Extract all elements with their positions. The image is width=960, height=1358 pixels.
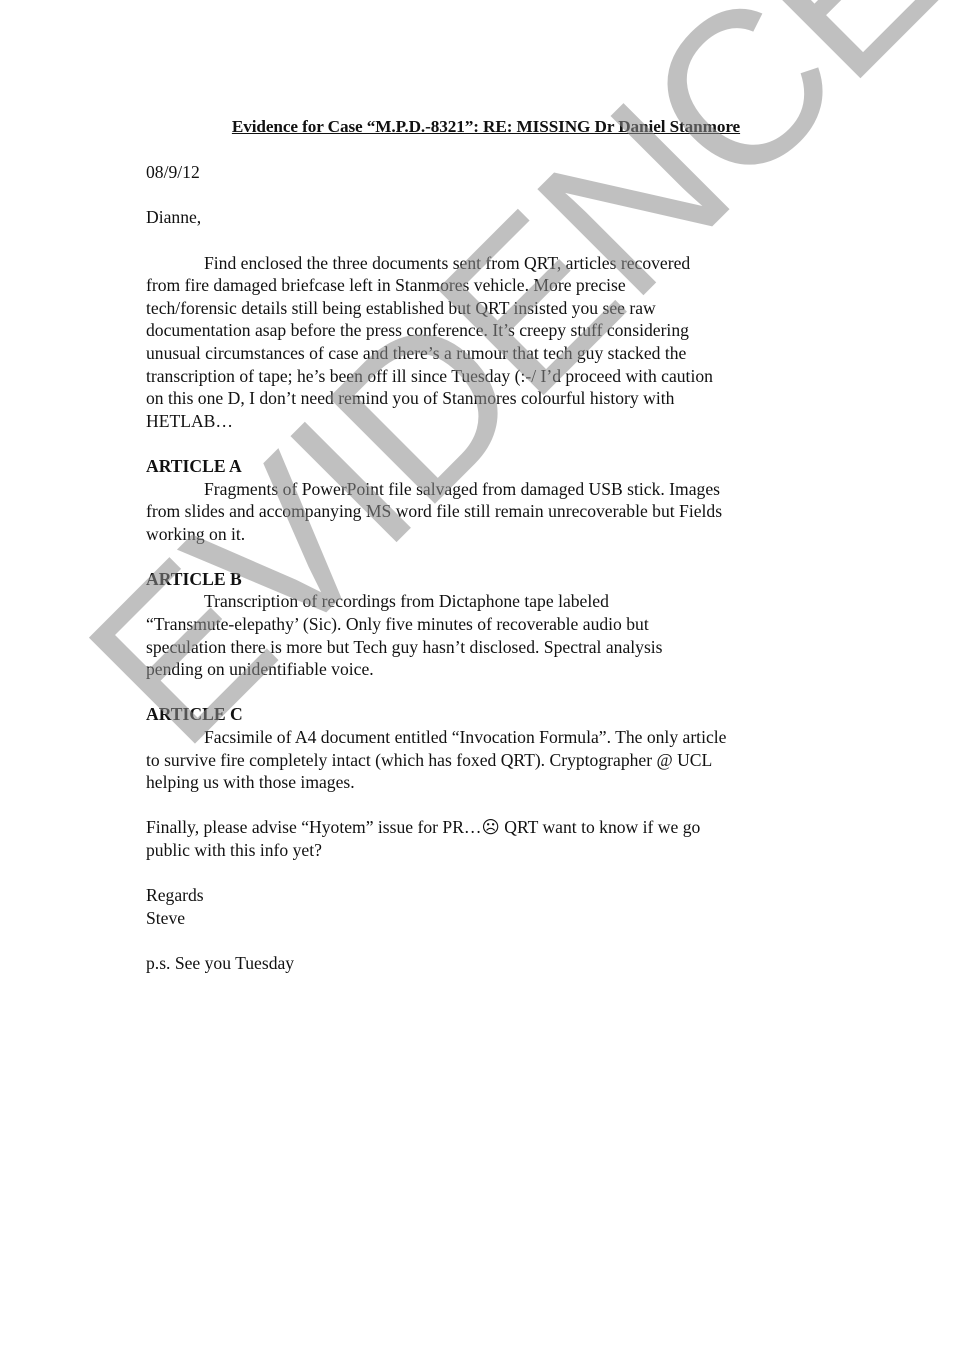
intro-line: on this one D, I don’t need remind you o… [146, 387, 826, 410]
article-b-heading: ARTICLE B [146, 568, 826, 591]
article-a-heading: ARTICLE A [146, 455, 826, 478]
document-title: Evidence for Case “M.P.D.-8321”: RE: MIS… [146, 116, 826, 139]
intro-line: tech/forensic details still being establ… [146, 297, 826, 320]
article-line: helping us with those images. [146, 771, 826, 794]
intro-line: documentation asap before the press conf… [146, 319, 826, 342]
article-line: speculation there is more but Tech guy h… [146, 636, 826, 659]
article-line: pending on unidentifiable voice. [146, 658, 826, 681]
closing-paragraph: Finally, please advise “Hyotem” issue fo… [146, 816, 826, 861]
article-line: Facsimile of A4 document entitled “Invoc… [146, 726, 826, 749]
article-c-heading: ARTICLE C [146, 703, 826, 726]
signoff: Regards [146, 884, 826, 907]
postscript: p.s. See you Tuesday [146, 952, 826, 975]
intro-paragraph: Find enclosed the three documents sent f… [146, 252, 826, 433]
article-line: working on it. [146, 523, 826, 546]
article-c-section: ARTICLE C Facsimile of A4 document entit… [146, 703, 826, 793]
intro-line: transcription of tape; he’s been off ill… [146, 365, 826, 388]
article-line: Fragments of PowerPoint file salvaged fr… [146, 478, 826, 501]
article-a-section: ARTICLE A Fragments of PowerPoint file s… [146, 455, 826, 545]
intro-line: unusual circumstances of case and there’… [146, 342, 826, 365]
article-b-section: ARTICLE B Transcription of recordings fr… [146, 568, 826, 681]
letter-document: Evidence for Case “M.P.D.-8321”: RE: MIS… [146, 116, 826, 997]
intro-line: Find enclosed the three documents sent f… [146, 252, 826, 275]
letter-date: 08/9/12 [146, 161, 826, 184]
article-line: Transcription of recordings from Dictaph… [146, 590, 826, 613]
signature: Steve [146, 907, 826, 930]
intro-line: from fire damaged briefcase left in Stan… [146, 274, 826, 297]
closing-line: Finally, please advise “Hyotem” issue fo… [146, 816, 826, 839]
salutation: Dianne, [146, 206, 826, 229]
signoff-block: Regards Steve [146, 884, 826, 929]
article-line: from slides and accompanying MS word fil… [146, 500, 826, 523]
intro-line: HETLAB… [146, 410, 826, 433]
article-line: to survive fire completely intact (which… [146, 749, 826, 772]
article-line: “Transmute-elepathy’ (Sic). Only five mi… [146, 613, 826, 636]
closing-line: public with this info yet? [146, 839, 826, 862]
